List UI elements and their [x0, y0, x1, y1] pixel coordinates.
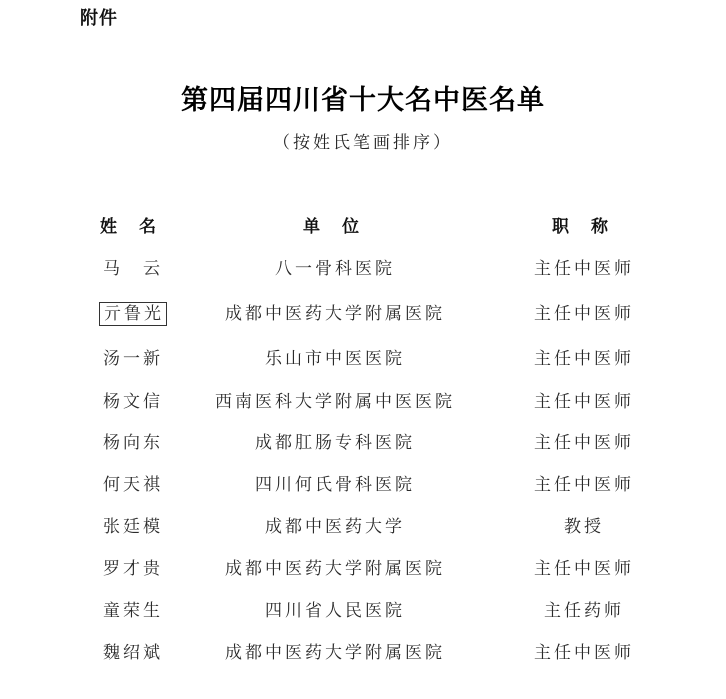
row-name: 杨向东	[103, 433, 163, 453]
table-row: 何天祺 四川何氏骨科医院 主任中医师	[0, 470, 726, 500]
table-row: 魏绍斌 成都中医药大学附属医院 主任中医师	[0, 638, 726, 668]
row-title: 主任中医师	[500, 638, 668, 668]
table-header-row: 姓名 单位 职称	[0, 212, 726, 242]
table-row: 杨文信 西南医科大学附属中医医院 主任中医师	[0, 387, 726, 417]
row-title: 主任中医师	[500, 299, 668, 329]
row-title: 主任中医师	[500, 470, 668, 500]
header-unit: 单位	[190, 212, 480, 242]
row-title: 教授	[500, 512, 668, 542]
row-unit: 成都中医药大学附属医院	[190, 299, 480, 329]
row-title: 主任中医师	[500, 254, 668, 284]
row-unit: 四川省人民医院	[190, 596, 480, 626]
document-subtitle: （按姓氏笔画排序）	[0, 128, 726, 153]
document-title: 第四届四川省十大名中医名单	[0, 78, 726, 117]
table-row: 杨向东 成都肛肠专科医院 主任中医师	[0, 428, 726, 458]
table-row: 张廷模 成都中医药大学 教授	[0, 512, 726, 542]
attachment-label: 附件	[80, 4, 118, 30]
table-row: 亓鲁光 成都中医药大学附属医院 主任中医师	[0, 299, 726, 329]
row-name: 魏绍斌	[103, 643, 163, 663]
row-unit: 四川何氏骨科医院	[190, 470, 480, 500]
row-name: 马 云	[103, 259, 163, 279]
row-unit: 成都肛肠专科医院	[190, 428, 480, 458]
row-name: 杨文信	[103, 392, 163, 412]
row-unit: 西南医科大学附属中医医院	[190, 387, 480, 417]
table-row: 汤一新 乐山市中医医院 主任中医师	[0, 344, 726, 374]
row-unit: 成都中医药大学	[190, 512, 480, 542]
header-name: 姓名	[88, 212, 178, 242]
row-unit: 乐山市中医医院	[190, 344, 480, 374]
row-unit: 成都中医药大学附属医院	[190, 554, 480, 584]
row-title: 主任药师	[500, 596, 668, 626]
table-row: 马 云 八一骨科医院 主任中医师	[0, 254, 726, 284]
row-title: 主任中医师	[500, 344, 668, 374]
row-name: 童荣生	[103, 601, 163, 621]
row-name: 汤一新	[103, 349, 163, 369]
row-title: 主任中医师	[500, 387, 668, 417]
row-unit: 八一骨科医院	[190, 254, 480, 284]
header-title: 职称	[500, 212, 668, 242]
table-row: 童荣生 四川省人民医院 主任药师	[0, 596, 726, 626]
row-name: 何天祺	[103, 475, 163, 495]
table-row: 罗才贵 成都中医药大学附属医院 主任中医师	[0, 554, 726, 584]
row-title: 主任中医师	[500, 428, 668, 458]
row-name: 张廷模	[103, 517, 163, 537]
row-name: 罗才贵	[103, 559, 163, 579]
row-title: 主任中医师	[500, 554, 668, 584]
row-name: 亓鲁光	[99, 302, 167, 326]
row-unit: 成都中医药大学附属医院	[190, 638, 480, 668]
